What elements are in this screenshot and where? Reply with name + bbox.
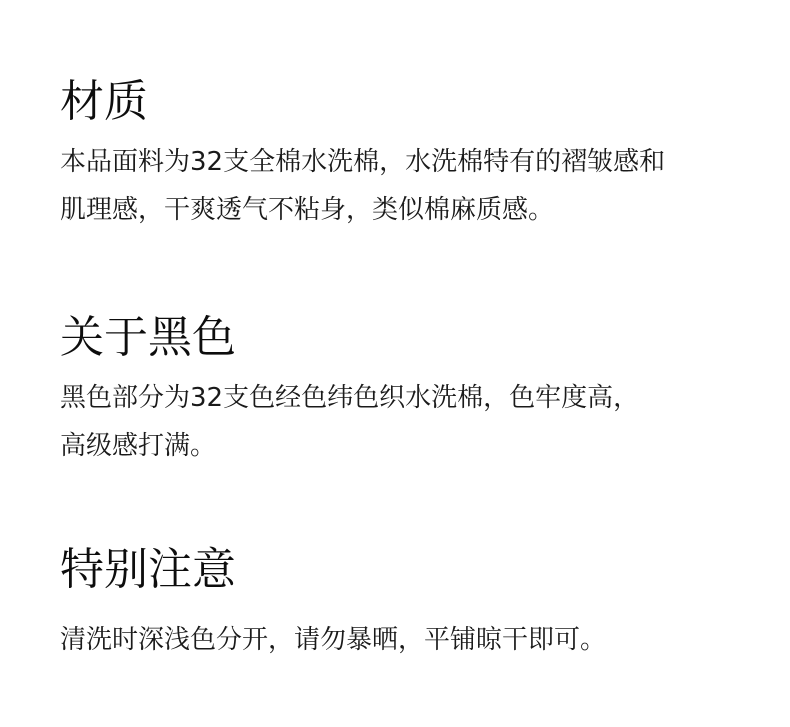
body-line: 本品面料为32支全棉水洗棉，水洗棉特有的褶皱感和 xyxy=(60,138,770,186)
section-material: 材质 本品面料为32支全棉水洗棉，水洗棉特有的褶皱感和 肌理感，干爽透气不粘身，… xyxy=(60,74,770,234)
body-line: 清洗时深浅色分开，请勿暴晒，平铺晾干即可。 xyxy=(60,616,770,664)
section-special-notice: 特别注意 清洗时深浅色分开，请勿暴晒，平铺晾干即可。 xyxy=(60,542,770,664)
body-line: 高级感打满。 xyxy=(60,422,770,470)
section-body-material: 本品面料为32支全棉水洗棉，水洗棉特有的褶皱感和 肌理感，干爽透气不粘身，类似棉… xyxy=(60,138,770,234)
body-line: 肌理感，干爽透气不粘身，类似棉麻质感。 xyxy=(60,186,770,234)
section-body-about-black: 黑色部分为32支色经色纬色织水洗棉，色牢度高， 高级感打满。 xyxy=(60,374,770,470)
section-title-material: 材质 xyxy=(60,74,770,130)
section-body-special-notice: 清洗时深浅色分开，请勿暴晒，平铺晾干即可。 xyxy=(60,616,770,664)
body-line: 黑色部分为32支色经色纬色织水洗棉，色牢度高， xyxy=(60,374,770,422)
section-title-about-black: 关于黑色 xyxy=(60,310,770,366)
section-about-black: 关于黑色 黑色部分为32支色经色纬色织水洗棉，色牢度高， 高级感打满。 xyxy=(60,310,770,470)
section-title-special-notice: 特别注意 xyxy=(60,542,770,598)
